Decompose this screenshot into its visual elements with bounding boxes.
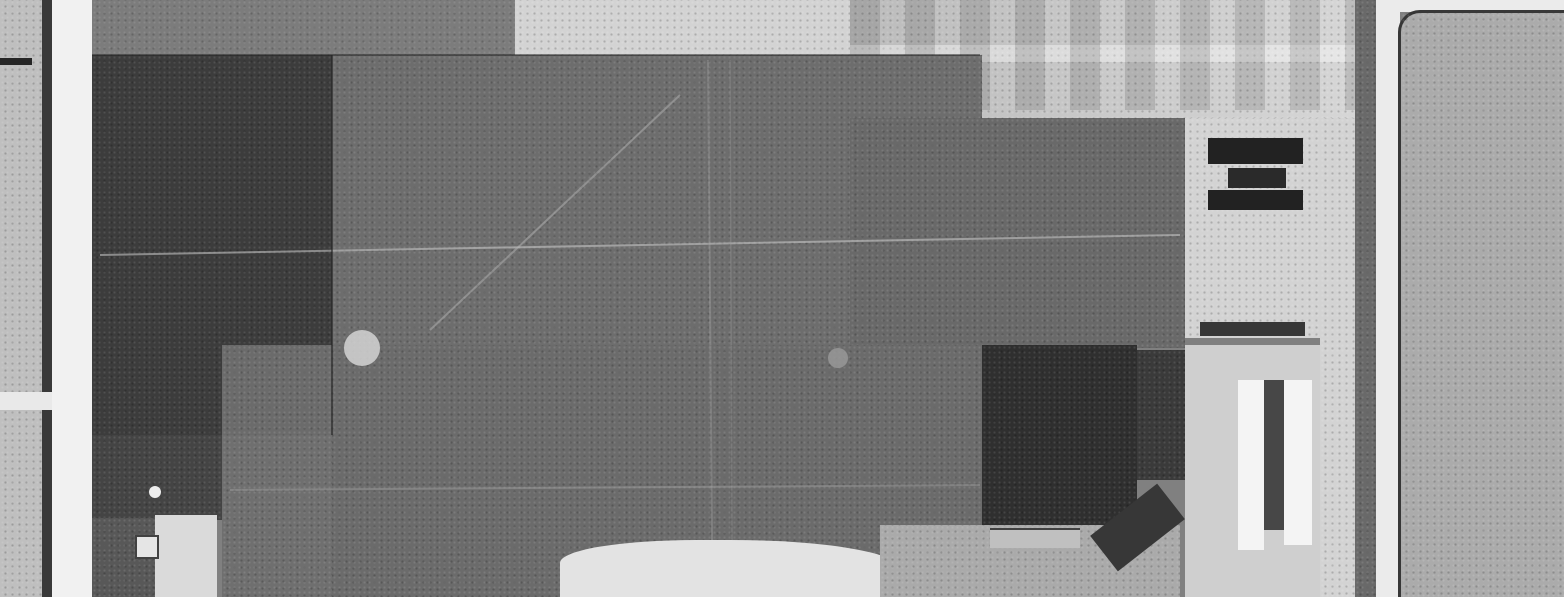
aerial-photo: [0, 0, 1564, 597]
field-tracks: [0, 0, 1564, 597]
